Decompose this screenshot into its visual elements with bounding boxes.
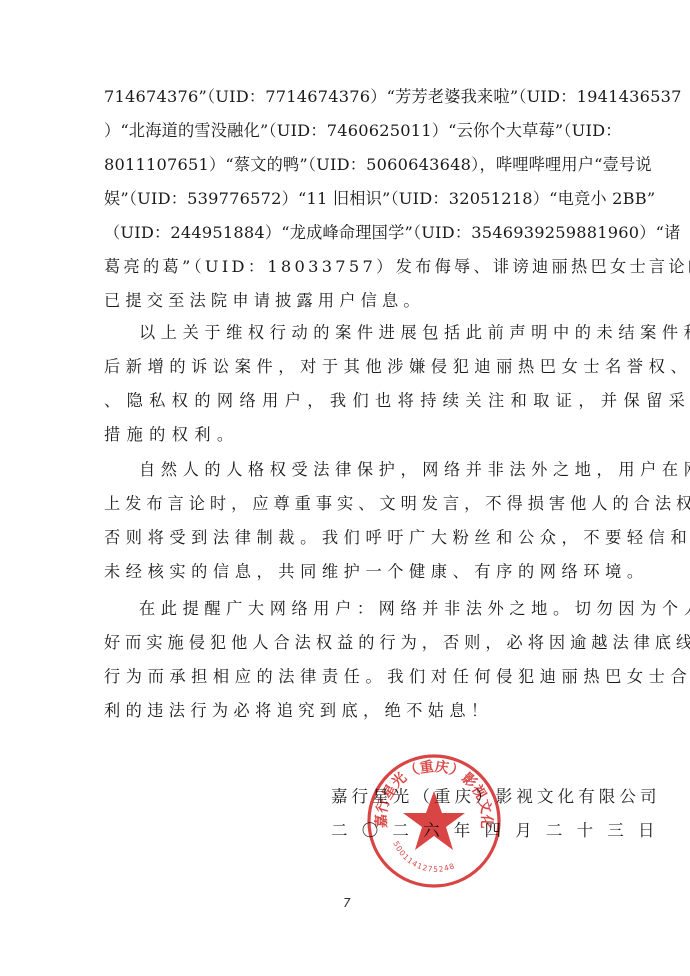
text-line: 否则将受到法律制裁。我们呼吁广大粉丝和公众，不要轻信和传播 <box>104 527 624 549</box>
text-line: 已提交至法院申请披露用户信息。 <box>104 290 624 312</box>
page-number: 7 <box>343 896 351 910</box>
text-line: （UID：244951884）“龙成峰命理国学”（UID：35469392598… <box>104 222 624 244</box>
text-line: 上发布言论时，应尊重事实、文明发言，不得损害他人的合法权利， <box>104 493 624 515</box>
text-line: 、隐私权的网络用户，我们也将持续关注和取证，并保留采取法律 <box>104 390 624 412</box>
star-icon <box>403 791 465 850</box>
company-seal: 嘉行星光（重庆）影视文化有限公司 5001141275248 <box>366 753 502 889</box>
text-line: 在此提醒广大网络用户：网络并非法外之地。切勿因为个人喜 <box>139 598 659 620</box>
text-line: ）“北海道的雪没融化”（UID：7460625011）“云你个大草莓”（UID： <box>104 120 624 142</box>
text-line: 利的违法行为必将追究到底，绝不姑息！ <box>104 700 624 722</box>
text-line: 以上关于维权行动的案件进展包括此前声明中的未结案件和此 <box>139 322 659 344</box>
text-line: 措施的权利。 <box>104 424 624 446</box>
seal-graphic: 嘉行星光（重庆）影视文化有限公司 5001141275248 <box>366 753 502 889</box>
text-line: 自然人的人格权受法律保护，网络并非法外之地，用户在网络 <box>139 459 659 481</box>
document-page: 714674376”（UID：7714674376）“芳芳老婆我来啦”（UID：… <box>0 0 690 976</box>
text-line: 行为而承担相应的法律责任。我们对任何侵犯迪丽热巴女士合法权 <box>104 666 624 688</box>
text-line: 8011107651）“蔡文的鸭”（UID：5060643648），哔哩哔哩用户… <box>104 154 624 176</box>
text-line: 好而实施侵犯他人合法权益的行为，否则，必将因逾越法律底线的 <box>104 632 624 654</box>
text-line: 714674376”（UID：7714674376）“芳芳老婆我来啦”（UID：… <box>104 86 624 108</box>
text-line: 未经核实的信息，共同维护一个健康、有序的网络环境。 <box>104 561 624 583</box>
text-line: 葛亮的葛”（UID：18033757）发布侮辱、诽谤迪丽热巴女士言论的行为， <box>104 256 624 278</box>
text-line: 娱”（UID：539776572）“11 旧相识”（UID：32051218）“… <box>104 188 624 210</box>
text-line: 后新增的诉讼案件，对于其他涉嫌侵犯迪丽热巴女士名誉权、肖像权 <box>104 356 624 378</box>
